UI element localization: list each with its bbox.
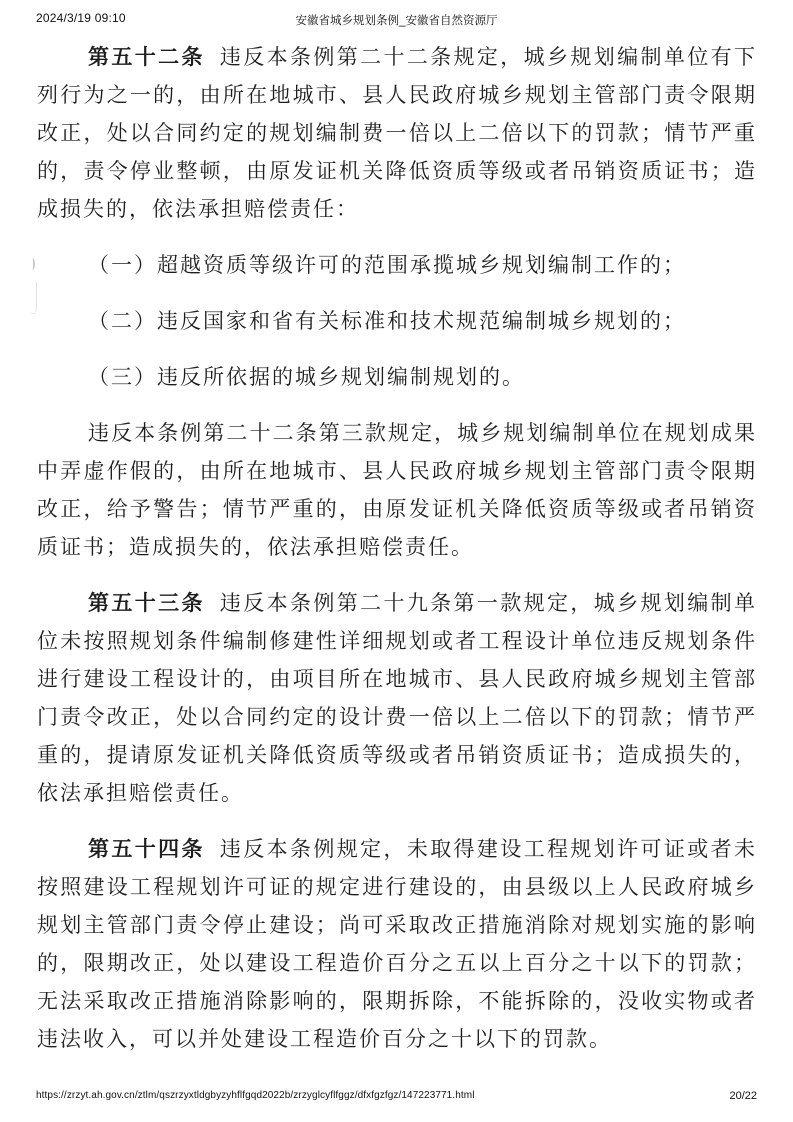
paragraph-text: 违反本条例第二十二条规定，城乡规划编制单位有下列行为之一的，由所在地城市、县人民…: [37, 45, 757, 221]
article-number: 第五十三条: [88, 591, 205, 615]
paragraph-text: （一）超越资质等级许可的范围承揽城乡规划编制工作的；: [88, 253, 686, 277]
document-body: 第五十二条违反本条例第二十二条规定，城乡规划编制单位有下列行为之一的，由所在地城…: [37, 38, 757, 1076]
paragraph: 违反本条例第二十二条第三款规定，城乡规划编制单位在规划成果中弄虚作假的，由所在地…: [37, 414, 757, 566]
paragraph-text: 违反本条例第二十二条第三款规定，城乡规划编制单位在规划成果中弄虚作假的，由所在地…: [37, 421, 757, 559]
list-item: （二）违反国家和省有关标准和技术规范编制城乡规划的；: [37, 302, 757, 340]
page-indicator: 20/22: [729, 1090, 757, 1102]
document-title: 安徽省城乡规划条例_安徽省自然资源厅: [296, 12, 498, 28]
paragraph: 第五十二条违反本条例第二十二条规定，城乡规划编制单位有下列行为之一的，由所在地城…: [37, 38, 757, 228]
source-url: https://zrzyt.ah.gov.cn/ztlm/qszrzyxtldg…: [36, 1090, 475, 1101]
paragraph-text: （三）违反所依据的城乡规划编制规划的。: [88, 365, 525, 389]
paragraph-text: 违反本条例第二十九条第一款规定，城乡规划编制单位未按照规划条件编制修建性详细规划…: [37, 591, 757, 805]
paragraph: 第五十四条违反本条例规定，未取得建设工程规划许可证或者未按照建设工程规划许可证的…: [37, 830, 757, 1058]
print-footer: https://zrzyt.ah.gov.cn/ztlm/qszrzyxtldg…: [36, 1090, 757, 1104]
list-item: （三）违反所依据的城乡规划编制规划的。: [37, 358, 757, 396]
article-number: 第五十二条: [88, 45, 205, 69]
printed-page: 2024/3/19 09:10 安徽省城乡规划条例_安徽省自然资源厅 第五十二条…: [0, 0, 793, 1122]
scan-artifact: [30, 258, 35, 270]
paragraph-text: （二）违反国家和省有关标准和技术规范编制城乡规划的；: [88, 309, 686, 333]
list-item: （一）超越资质等级许可的范围承揽城乡规划编制工作的；: [37, 246, 757, 284]
article-number: 第五十四条: [88, 837, 205, 861]
print-datetime: 2024/3/19 09:10: [36, 11, 126, 25]
print-header: 2024/3/19 09:10 安徽省城乡规划条例_安徽省自然资源厅: [36, 11, 757, 27]
paragraph-text: 违反本条例规定，未取得建设工程规划许可证或者未按照建设工程规划许可证的规定进行建…: [37, 837, 757, 1051]
paragraph: 第五十三条违反本条例第二十九条第一款规定，城乡规划编制单位未按照规划条件编制修建…: [37, 584, 757, 812]
